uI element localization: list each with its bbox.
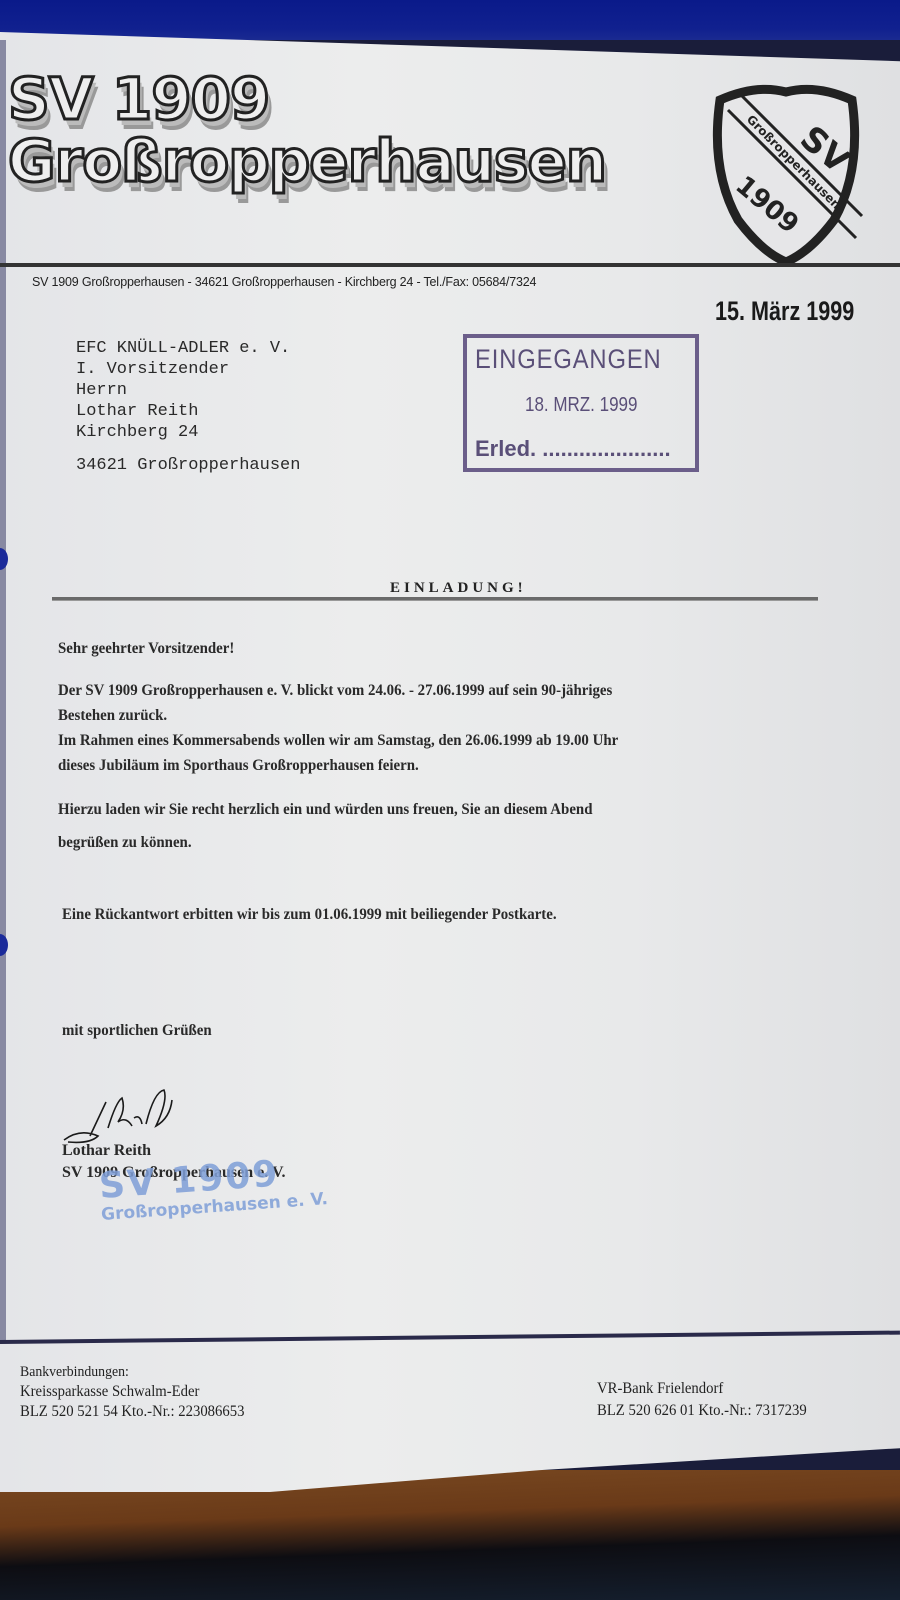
letterhead-divider [0,263,900,267]
body-line: begrüßen zu können. [58,830,192,855]
salutation: Sehr geehrter Vorsitzender! [58,636,234,661]
received-stamp-title: EINGEGANGEN [475,344,662,375]
bank-details-secondary: VR-Bank Frielendorf BLZ 520 626 01 Kto.-… [597,1378,807,1422]
received-stamp-date: 18. MRZ. 1999 [525,394,637,417]
recipient-line: Lothar Reith [76,401,300,422]
recipient-line: Herrn [76,380,300,401]
recipient-line: Kirchberg 24 [76,422,300,443]
body-line: Im Rahmen eines Kommersabends wollen wir… [58,728,618,753]
recipient-line: I. Vorsitzender [76,359,300,380]
body-line: Der SV 1909 Großropperhausen e. V. blick… [58,678,612,703]
recipient-address: EFC KNÜLL-ADLER e. V. I. Vorsitzender He… [76,338,300,476]
recipient-city: 34621 Großropperhausen [76,455,300,476]
logo-line-1: SV 1909 [8,70,606,128]
club-crest-icon: SV Großropperhausen 1909 [706,80,866,265]
recipient-line: EFC KNÜLL-ADLER e. V. [76,338,300,359]
bank2-name: VR-Bank Frielendorf [597,1378,807,1400]
bank-details-primary: Bankverbindungen: Kreissparkasse Schwalm… [20,1362,244,1422]
letter-heading: EINLADUNG! [390,580,527,597]
bank1-name: Kreissparkasse Schwalm-Eder [20,1382,244,1402]
body-line: Bestehen zurück. [58,703,167,728]
handwritten-signature-icon [60,1088,190,1148]
bank2-details: BLZ 520 626 01 Kto.-Nr.: 7317239 [597,1400,807,1422]
logo-line-2: Großropperhausen [8,132,606,190]
page-edge-shadow [0,40,6,1340]
bank1-details: BLZ 520 521 54 Kto.-Nr.: 223086653 [20,1402,244,1422]
sender-address-line: SV 1909 Großropperhausen - 34621 Großrop… [32,275,536,289]
club-logo-wordmark: SV 1909 Großropperhausen [8,70,606,190]
closing: mit sportlichen Grüßen [62,1018,212,1043]
received-stamp-done: Erled. ..................... [475,436,671,462]
body-line: Hierzu laden wir Sie recht herzlich ein … [58,797,592,822]
letter-date: 15. März 1999 [715,296,854,327]
background-blue-band [0,0,900,40]
bank-label: Bankverbindungen: [20,1362,244,1382]
received-stamp: EINGEGANGEN 18. MRZ. 1999 Erled. .......… [463,334,699,472]
heading-divider [52,597,818,601]
body-line: dieses Jubiläum im Sporthaus Großropperh… [58,753,419,778]
reply-request: Eine Rückantwort erbitten wir bis zum 01… [62,902,557,927]
